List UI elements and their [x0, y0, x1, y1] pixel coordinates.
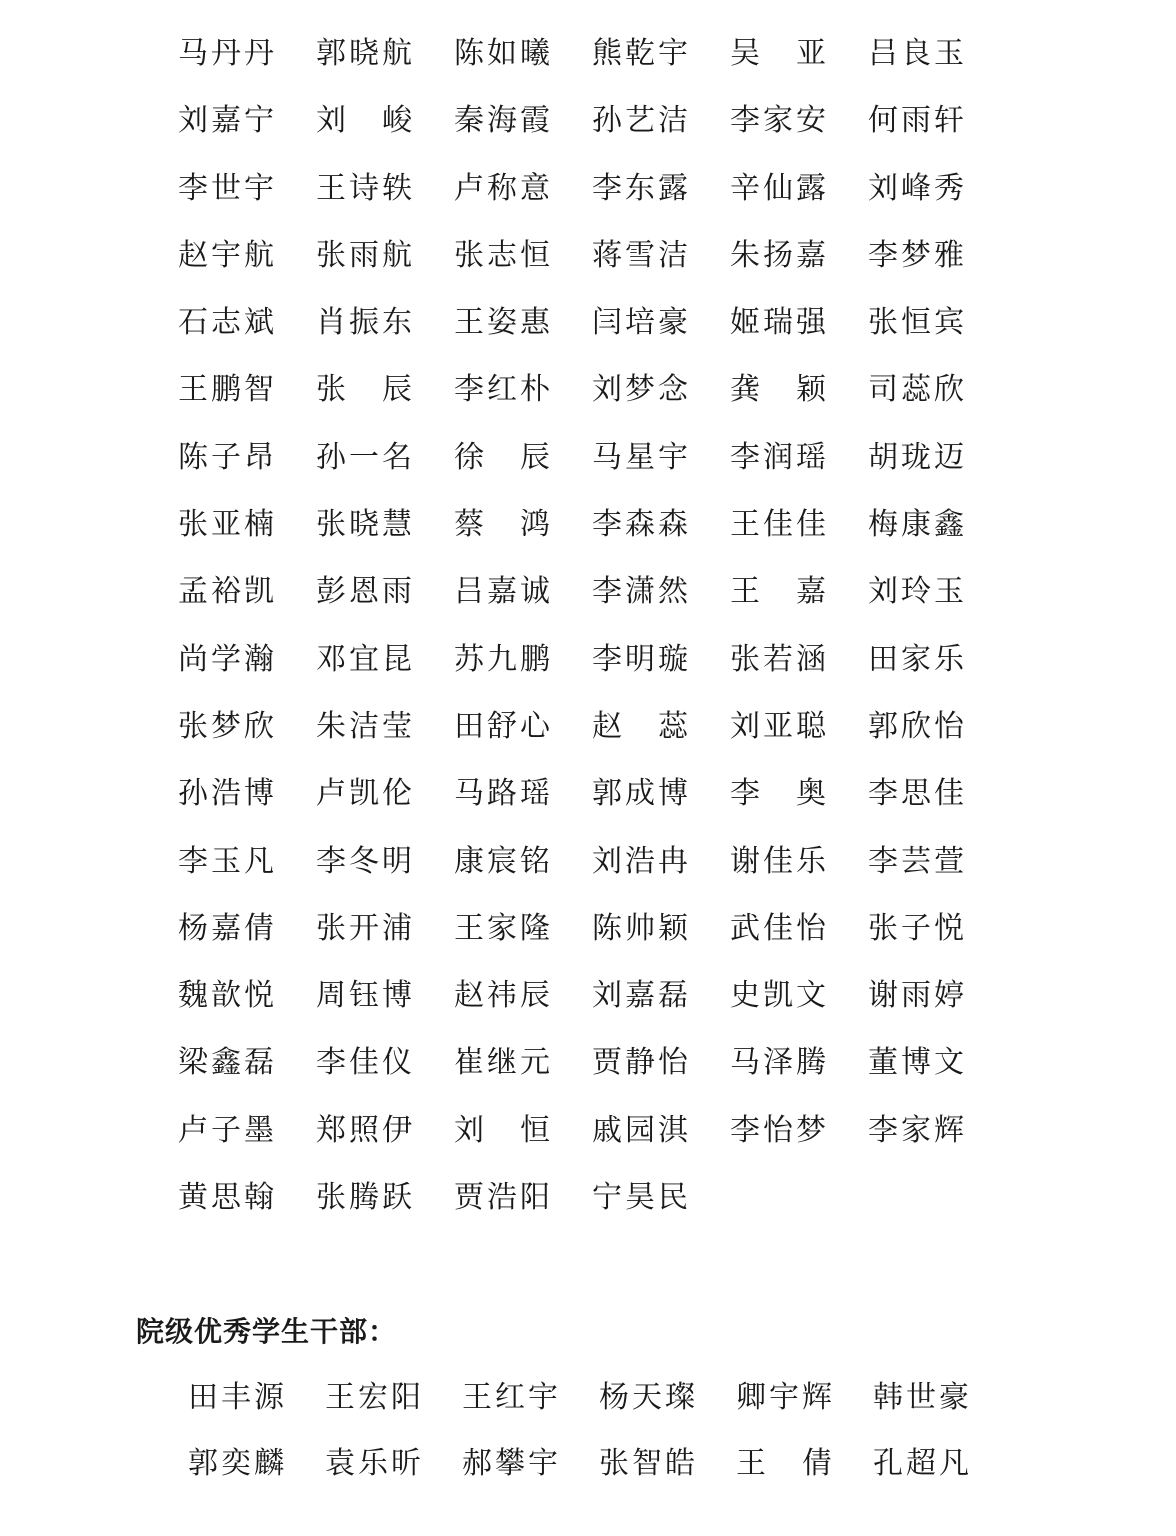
name-entry: 王 嘉	[730, 570, 868, 637]
name-entry: 李佳仪	[316, 1041, 454, 1108]
name-entry: 张亚楠	[178, 503, 316, 570]
name-entry: 李怡梦	[730, 1109, 868, 1176]
name-entry: 卢称意	[454, 167, 592, 234]
name-entry: 郭晓航	[316, 32, 454, 99]
name-entry: 尚学瀚	[178, 638, 316, 705]
name-entry: 史凯文	[730, 974, 868, 1041]
name-entry: 李家辉	[868, 1109, 1006, 1176]
name-entry: 韩世豪	[873, 1376, 1010, 1442]
name-entry: 熊乾宇	[592, 32, 730, 99]
name-entry: 李世宇	[178, 167, 316, 234]
name-entry: 张子悦	[868, 907, 1006, 974]
name-entry: 卿宇辉	[736, 1376, 873, 1442]
name-entry: 吴 亚	[730, 32, 868, 99]
name-entry: 李红朴	[454, 368, 592, 435]
name-entry: 胡珑迈	[868, 436, 1006, 503]
name-entry: 郭奕麟	[188, 1442, 325, 1508]
name-entry: 田丰源	[188, 1376, 325, 1442]
name-entry: 黄思翰	[178, 1176, 316, 1243]
name-entry: 孙一名	[316, 436, 454, 503]
section-heading-student-cadres: 院级优秀学生干部：	[136, 1310, 397, 1350]
name-entry: 李润瑶	[730, 436, 868, 503]
name-entry: 郑照伊	[316, 1109, 454, 1176]
name-entry: 卢子墨	[178, 1109, 316, 1176]
name-entry: 刘浩冉	[592, 840, 730, 907]
name-entry: 杨嘉倩	[178, 907, 316, 974]
name-entry: 袁乐昕	[325, 1442, 462, 1508]
name-entry: 王姿惠	[454, 301, 592, 368]
name-entry: 石志斌	[178, 301, 316, 368]
name-entry: 朱洁莹	[316, 705, 454, 772]
name-entry: 刘嘉磊	[592, 974, 730, 1041]
name-entry: 马路瑶	[454, 772, 592, 839]
name-entry: 王鹏智	[178, 368, 316, 435]
name-entry: 王家隆	[454, 907, 592, 974]
name-entry: 梁鑫磊	[178, 1041, 316, 1108]
name-entry: 孙艺洁	[592, 99, 730, 166]
name-entry: 张志恒	[454, 234, 592, 301]
name-entry: 孔超凡	[873, 1442, 1010, 1508]
name-entry: 张若涵	[730, 638, 868, 705]
name-entry: 董博文	[868, 1041, 1006, 1108]
name-entry: 陈如曦	[454, 32, 592, 99]
name-entry: 崔继元	[454, 1041, 592, 1108]
name-entry: 李玉凡	[178, 840, 316, 907]
name-entry: 刘亚聪	[730, 705, 868, 772]
name-entry: 苏九鹏	[454, 638, 592, 705]
name-entry: 肖振东	[316, 301, 454, 368]
name-entry: 李森森	[592, 503, 730, 570]
name-entry: 武佳怡	[730, 907, 868, 974]
name-entry: 魏歆悦	[178, 974, 316, 1041]
name-entry: 闫培豪	[592, 301, 730, 368]
name-entry: 陈帅颖	[592, 907, 730, 974]
name-entry: 赵祎辰	[454, 974, 592, 1041]
name-entry: 李家安	[730, 99, 868, 166]
name-entry: 张雨航	[316, 234, 454, 301]
name-entry: 李东露	[592, 167, 730, 234]
name-entry: 李明璇	[592, 638, 730, 705]
name-entry: 贾静怡	[592, 1041, 730, 1108]
name-entry: 李冬明	[316, 840, 454, 907]
name-entry: 张腾跃	[316, 1176, 454, 1243]
name-entry: 宁昊民	[592, 1176, 730, 1243]
name-entry: 邓宜昆	[316, 638, 454, 705]
name-entry: 陈子昂	[178, 436, 316, 503]
name-entry: 王佳佳	[730, 503, 868, 570]
name-entry: 周钰博	[316, 974, 454, 1041]
name-entry: 张 辰	[316, 368, 454, 435]
name-entry: 李芸萱	[868, 840, 1006, 907]
name-entry: 康宸铭	[454, 840, 592, 907]
name-entry: 刘梦念	[592, 368, 730, 435]
name-entry: 赵宇航	[178, 234, 316, 301]
name-entry: 孟裕凯	[178, 570, 316, 637]
name-entry: 朱扬嘉	[730, 234, 868, 301]
name-entry: 刘峰秀	[868, 167, 1006, 234]
name-entry: 马泽腾	[730, 1041, 868, 1108]
name-entry: 马星宇	[592, 436, 730, 503]
name-entry: 赵 蕊	[592, 705, 730, 772]
name-entry: 李潇然	[592, 570, 730, 637]
name-entry: 李 奥	[730, 772, 868, 839]
name-entry: 李思佳	[868, 772, 1006, 839]
name-entry: 王诗轶	[316, 167, 454, 234]
name-entry: 刘 恒	[454, 1109, 592, 1176]
name-entry: 蔡 鸿	[454, 503, 592, 570]
name-entry: 王宏阳	[325, 1376, 462, 1442]
name-entry: 杨天璨	[599, 1376, 736, 1442]
name-entry: 辛仙露	[730, 167, 868, 234]
name-entry: 梅康鑫	[868, 503, 1006, 570]
name-entry: 张开浦	[316, 907, 454, 974]
name-entry: 戚园淇	[592, 1109, 730, 1176]
name-entry: 吕良玉	[868, 32, 1006, 99]
honor-name-list: 马丹丹郭晓航陈如曦熊乾宇吴 亚吕良玉刘嘉宁刘 峻秦海霞孙艺洁李家安何雨轩李世宇王…	[178, 32, 1006, 1243]
name-entry: 何雨轩	[868, 99, 1006, 166]
name-entry: 卢凯伦	[316, 772, 454, 839]
name-entry: 马丹丹	[178, 32, 316, 99]
name-entry: 姬瑞强	[730, 301, 868, 368]
name-entry: 徐 辰	[454, 436, 592, 503]
name-entry: 秦海霞	[454, 99, 592, 166]
student-cadre-name-list: 田丰源王宏阳王红宇杨天璨卿宇辉韩世豪郭奕麟袁乐昕郝攀宇张智皓王 倩孔超凡	[188, 1376, 1010, 1508]
name-entry: 李梦雅	[868, 234, 1006, 301]
name-entry: 田舒心	[454, 705, 592, 772]
name-entry: 孙浩博	[178, 772, 316, 839]
name-entry: 吕嘉诚	[454, 570, 592, 637]
name-entry: 张梦欣	[178, 705, 316, 772]
name-entry: 张智皓	[599, 1442, 736, 1508]
name-entry: 刘嘉宁	[178, 99, 316, 166]
name-entry: 张恒宾	[868, 301, 1006, 368]
name-entry: 张晓慧	[316, 503, 454, 570]
name-entry: 郭成博	[592, 772, 730, 839]
name-entry: 王红宇	[462, 1376, 599, 1442]
name-entry: 王 倩	[736, 1442, 873, 1508]
name-entry: 龚 颖	[730, 368, 868, 435]
name-entry: 贾浩阳	[454, 1176, 592, 1243]
name-entry: 田家乐	[868, 638, 1006, 705]
name-entry: 蒋雪洁	[592, 234, 730, 301]
name-entry: 郝攀宇	[462, 1442, 599, 1508]
name-entry: 彭恩雨	[316, 570, 454, 637]
name-entry: 谢雨婷	[868, 974, 1006, 1041]
name-entry: 谢佳乐	[730, 840, 868, 907]
name-entry: 刘 峻	[316, 99, 454, 166]
name-entry: 郭欣怡	[868, 705, 1006, 772]
name-entry: 司蕊欣	[868, 368, 1006, 435]
name-entry: 刘玲玉	[868, 570, 1006, 637]
